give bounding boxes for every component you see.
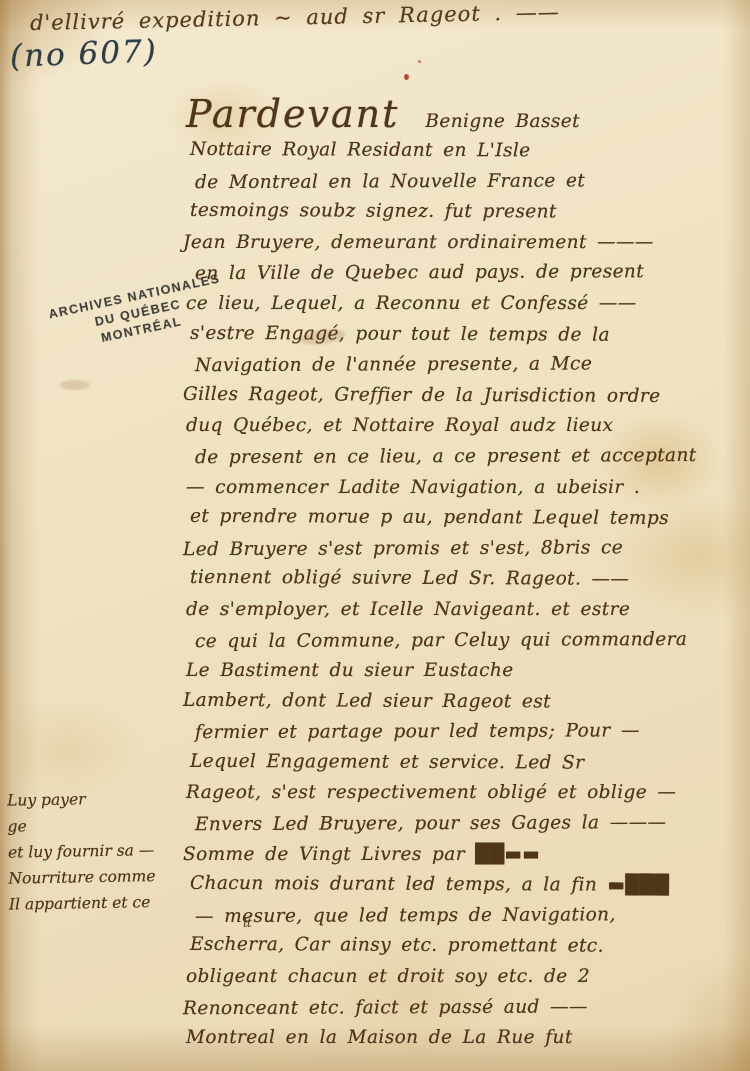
manuscript-line: Lambert, dont Led sieur Rageot est [183,686,726,719]
margin-note: Luy payer ge et luy fournir sa — Nourrit… [7,784,195,917]
manuscript-line: Montreal en la Maison de La Rue fut [186,1023,726,1054]
margin-note-line: Luy payer [7,784,193,813]
manuscript-line: fermier et partage pour led temps; Pour … [195,716,726,749]
manuscript-line: Jean Bruyere, demeurant ordinairement ——… [183,228,726,259]
manuscript-line: et prendre morue p au, pendant Lequel te… [190,502,726,535]
manuscript-line: Envers Led Bruyere, pour ses Gages la ——… [195,808,726,841]
manuscript-line: — commencer Ladite Navigation, a ubeisir… [186,473,726,504]
manuscript-line-text: Benigne Basset [425,111,580,132]
manuscript-line: s'estre Engagé, pour tout le temps de la [190,318,726,351]
manuscript-line: Navigation de l'année presente, a Mce [195,349,726,382]
manuscript-line: — mesure, que led temps de Navigation, [195,900,726,933]
manuscript-line: tesmoings soubz signez. fut present [190,196,726,229]
manuscript-line: Escherra, Car ainsy etc. promettant etc. [190,930,726,963]
manuscript-line: Rageot, s'est respectivement obligé et o… [186,778,726,809]
opening-word: Pardevant [186,92,399,136]
margin-note-line: ge [7,810,193,839]
margin-note-line: et luy fournir sa — [8,836,194,865]
manuscript-line: obligeant chacun et droit soy etc. de 2 [186,962,726,993]
manuscript-line: ce qui la Commune, par Celuy qui command… [195,624,726,657]
manuscript-page: d'ellivré expedition ~ aud sr Rageot . —… [0,0,750,1071]
ink-speck [404,74,409,80]
ink-speck [418,60,421,63]
manuscript-line: Nottaire Royal Residant en L'Isle [190,135,726,168]
manuscript-line: Renonceant etc. faict et passé aud —— [183,991,726,1024]
manuscript-line: Lequel Engagement et service. Led Sr [190,747,726,780]
manuscript-line: tiennent obligé suivre Led Sr. Rageot. —… [190,563,726,596]
manuscript-line: Le Bastiment du sieur Eustache [186,656,726,687]
margin-note-line: Il appartient et ce [9,888,195,917]
manuscript-line: Somme de Vingt Livres par ██▬▬ [183,840,726,871]
act-body: PardevantBenigne Basset Nottaire Royal R… [186,92,726,1054]
manuscript-line: PardevantBenigne Basset [186,92,726,136]
manuscript-line: Chacun mois durant led temps, a la fin ▬… [190,869,726,902]
manuscript-line: Led Bruyere s'est promis et s'est, 8bris… [183,533,726,566]
manuscript-line: en la Ville de Quebec aud pays. de prese… [195,257,726,290]
margin-note-line: Nourriture comme [8,862,194,891]
ink-smudge [60,380,90,390]
document-number: (no 607) [9,33,158,74]
manuscript-line: de Montreal en la Nouvelle France et [195,165,726,198]
manuscript-line: Gilles Rageot, Greffier de la Jurisdicti… [183,380,726,413]
manuscript-line: de present en ce lieu, a ce present et a… [195,441,726,474]
manuscript-line: duq Québec, et Nottaire Royal audz lieux [186,411,726,442]
endorsement-line: d'ellivré expedition ~ aud sr Rageot . —… [30,1,510,35]
manuscript-line: de s'employer, et Icelle Navigeant. et e… [186,595,726,626]
insertion-mark: tt [243,916,251,930]
manuscript-line: ce lieu, Lequel, a Reconnu et Confessé —… [186,289,726,320]
